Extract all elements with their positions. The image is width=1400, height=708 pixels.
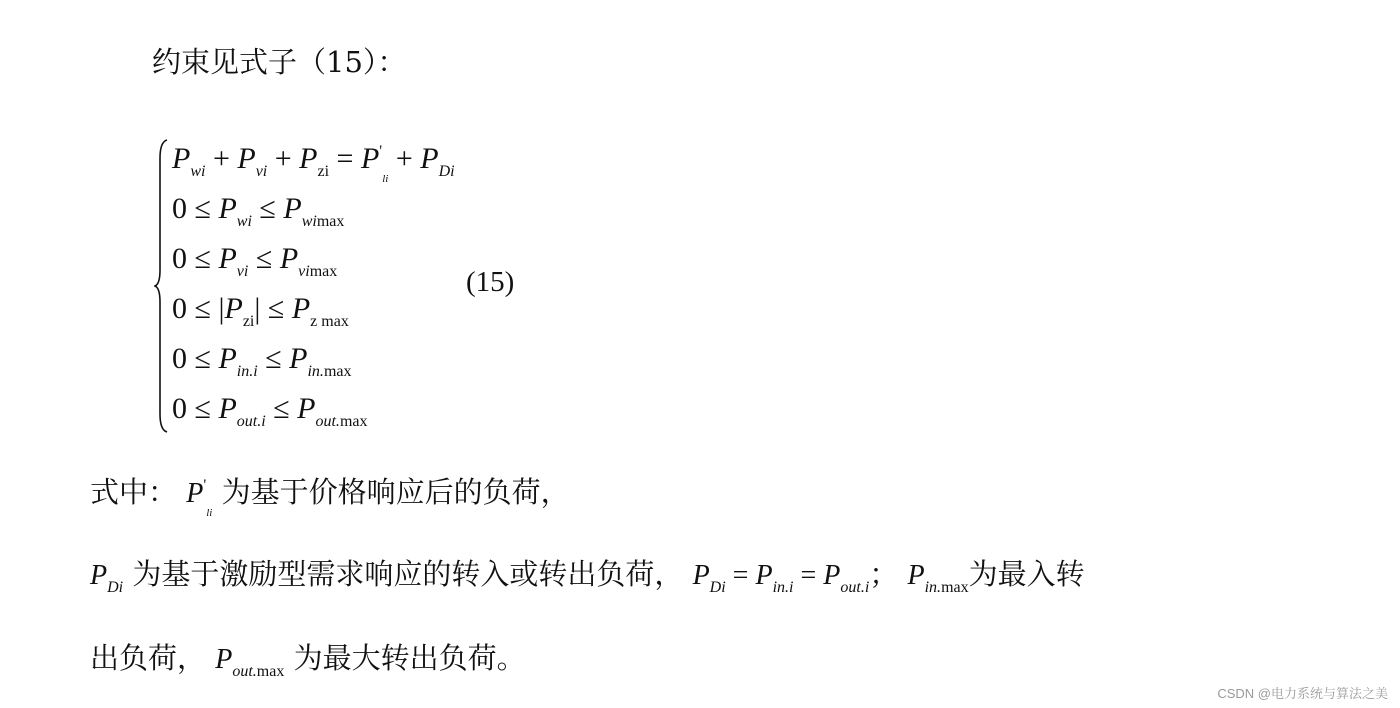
left-brace-icon (154, 138, 168, 434)
watermark: CSDN @电力系统与算法之美 (1217, 683, 1388, 702)
equation-balance: Pwi + Pvi + Pzi = P'li + PDi (172, 142, 455, 185)
equation-number: (15) (466, 266, 514, 299)
equation-pv-limit: 0 ≤ Pvi ≤ Pvimax (172, 242, 337, 281)
paragraph-price-load: 式中： P'li 为基于价格响应后的负荷， (90, 470, 570, 519)
paragraph-max-out: 出负荷， Pout.max 为最大转出负荷。 (90, 636, 526, 681)
equation-out-limit: 0 ≤ Pout.i ≤ Pout.max (172, 392, 367, 431)
paragraph-incentive-load: PDi 为基于激励型需求响应的转入或转出负荷， PDi = Pin.i = Po… (90, 552, 1085, 597)
equation-storage-limit: 0 ≤ |Pzi| ≤ Pz max (172, 292, 349, 331)
intro-text: 约束见式子（15）： (152, 40, 406, 81)
equation-wind-limit: 0 ≤ Pwi ≤ Pwimax (172, 192, 344, 231)
equation-in-limit: 0 ≤ Pin.i ≤ Pin.max (172, 342, 351, 381)
constraint-system: Pwi + Pvi + Pzi = P'li + PDi 0 ≤ Pwi ≤ P… (150, 138, 490, 438)
